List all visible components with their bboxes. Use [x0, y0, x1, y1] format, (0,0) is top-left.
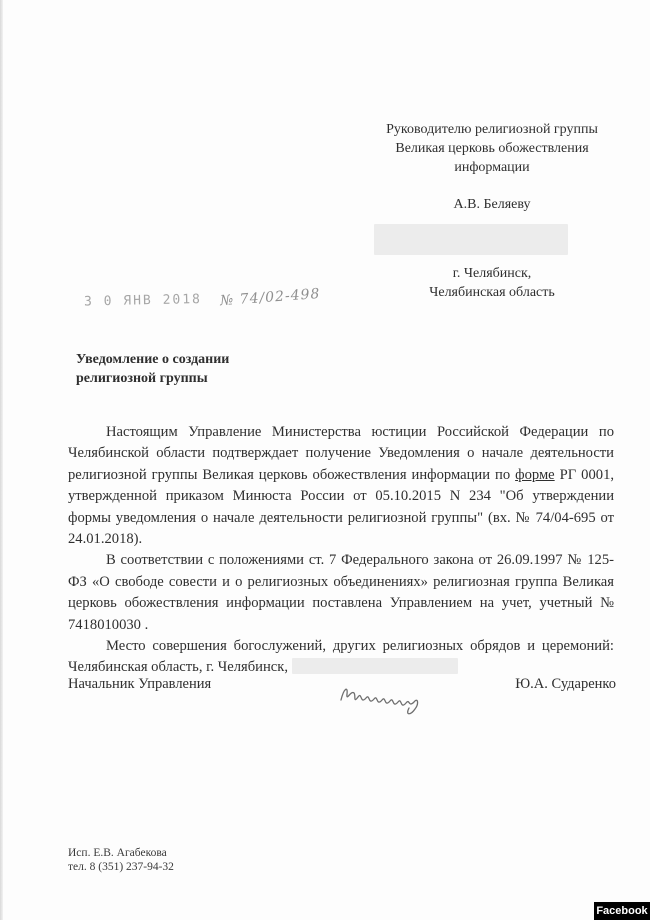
recipient-org-line: информации [372, 158, 612, 177]
recipient-block: Руководителю религиозной группы Великая … [372, 120, 612, 302]
recipient-org-line: Великая церковь обожествления [372, 139, 612, 158]
signer-name: Ю.А. Сударенко [515, 676, 616, 693]
subject-line: Уведомление о создании [76, 350, 229, 369]
recipient-org-line: Руководителю религиозной группы [372, 120, 612, 139]
stamp-date: 3 0 ЯНВ 2018 [84, 292, 202, 309]
underlined-word: форме [515, 467, 555, 483]
subject-line: религиозной группы [76, 369, 229, 388]
signer-position: Начальник Управления [68, 676, 211, 693]
subject-heading: Уведомление о создании религиозной групп… [76, 350, 229, 388]
signature-scribble-icon [335, 678, 431, 720]
handwritten-signature [335, 678, 431, 725]
signature-row: Начальник Управления Ю.А. Сударенко [68, 676, 616, 725]
recipient-person-name: А.В. Беляеву [372, 195, 612, 214]
executor-footer: Исп. Е.В. Агабекова тел. 8 (351) 237-94-… [68, 847, 174, 874]
paragraph-worship-place: Место совершения богослужений, других ре… [68, 636, 614, 679]
scanned-letter-page: Руководителю религиозной группы Великая … [0, 0, 650, 920]
redacted-address-inline [292, 658, 458, 674]
facebook-watermark-badge: Facebook [594, 902, 650, 920]
recipient-city: г. Челябинск, [372, 264, 612, 283]
paragraph-confirmation: Настоящим Управление Министерства юстици… [68, 422, 614, 550]
paragraph-registration: В соответствии с положениями ст. 7 Федер… [68, 550, 614, 636]
registration-stamp: 3 0 ЯНВ 2018 № 74/02-498 [84, 288, 321, 311]
executor-phone: тел. 8 (351) 237-94-32 [68, 861, 174, 875]
executor-name: Исп. Е.В. Агабекова [68, 847, 174, 861]
letter-body: Настоящим Управление Министерства юстици… [68, 422, 614, 679]
handwritten-stamp-number: № 74/02-498 [219, 286, 320, 309]
redacted-address-block [374, 224, 568, 255]
recipient-region: Челябинская область [372, 283, 612, 302]
scan-edge-artifact [0, 0, 3, 920]
